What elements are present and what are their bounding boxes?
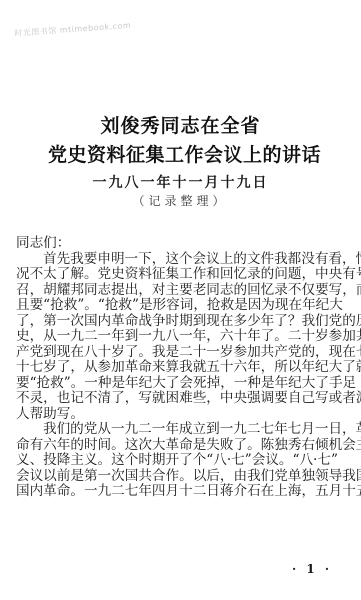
editorial-note: （记录整理） — [0, 192, 361, 209]
body-line: 且要“抢救”。“抢救”是形容词，抢救是因为现在年纪大 — [16, 298, 334, 314]
body-line: 况不太了解。党史资料征集工作和回忆录的问题，中央有号 — [16, 267, 334, 283]
title-line-2: 党史资料征集工作会议上的讲话 — [4, 140, 361, 167]
body-line: 要“抢救”。一种是年纪大了会死掉，一种是年纪大了手足 — [16, 376, 334, 392]
speech-date: 一九八一年十一月十九日 — [0, 172, 361, 192]
watermark: 时光图书馆 mtimebook.com — [14, 20, 132, 39]
page-number: · 1 · — [292, 562, 332, 576]
speech-body: 同志们： 首先我要申明一下，这个会议上的文件我都没有看，情 况不太了解。党史资料… — [16, 236, 334, 500]
body-line: 产党到现在八十岁了。我是二十一岁参加共产党的，现在七 — [16, 345, 334, 361]
body-line: 召，胡耀邦同志提出，对主要老同志的回忆录不仅要写，而 — [16, 283, 334, 299]
body-line: 命有六年的时间。这次大革命是失败了。陈独秀右倾机会主 — [16, 438, 334, 454]
salutation: 同志们： — [16, 236, 334, 252]
body-line: 我们的党从一九二一年成立到一九二七年七月一日，革 — [16, 422, 334, 438]
body-line: 会议以前是第一次国共合作。以后，由我们党单独领导我国 — [16, 469, 334, 485]
body-line: 国内革命。一九二七年四月十二日蒋介石在上海，五月十五 — [16, 484, 334, 500]
body-line: 史，从一九二一年到一九八一年，六十年了。二十岁参加共 — [16, 329, 334, 345]
body-line: 不灵，也记不清了，写就困难些，中央强调要自己写或者派 — [16, 391, 334, 407]
body-line: 首先我要申明一下，这个会议上的文件我都没有看，情 — [16, 252, 334, 268]
body-line: 了，第一次国内革命战争时期到现在多少年了？我们党的历 — [16, 314, 334, 330]
body-line: 十七岁了，从参加革命来算我就五十六年，所以年纪大了就 — [16, 360, 334, 376]
body-line: 人帮助写。 — [16, 407, 334, 423]
title-line-1: 刘俊秀同志在全省 — [0, 111, 361, 138]
body-line: 义、投降主义。这个时期开了个“八·七”会议。“八·七” — [16, 453, 334, 469]
